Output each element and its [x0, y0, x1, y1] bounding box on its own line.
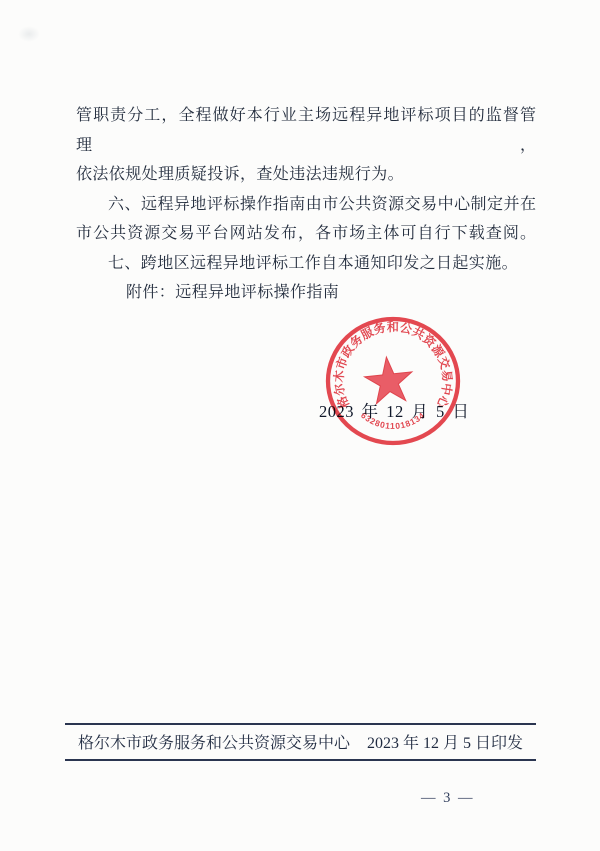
attachment-line: 附件：远程异地评标操作指南: [76, 278, 536, 308]
footer-bar: 格尔木市政务服务和公共资源交易中心 2023 年 12 月 5 日印发: [65, 723, 536, 761]
footer-print-date: 2023 年 12 月 5 日印发: [367, 730, 523, 753]
body-line-1: 管职责分工，全程做好本行业主场远程异地评标项目的监督管理，: [76, 101, 536, 160]
body-line-4: 市公共资源交易平台网站发布，各市场主体可自行下载查阅。: [76, 219, 536, 249]
page-number: — 3 —: [421, 790, 475, 807]
stamp-date: 2023 年 12 月 5 日: [319, 398, 469, 422]
document-page: 管职责分工，全程做好本行业主场远程异地评标项目的监督管理， 依法依规处理质疑投诉…: [0, 0, 600, 851]
official-seal: 格尔木市政务服务和公共资源交易中心 6328011018134: [324, 312, 474, 452]
body-line-5: 七、跨地区远程异地评标工作自本通知印发之日起实施。: [76, 249, 536, 279]
body-line-3: 六、远程异地评标操作指南由市公共资源交易中心制定并在: [76, 190, 536, 220]
body-line-2: 依法依规处理质疑投诉，查处违法违规行为。: [76, 160, 536, 190]
document-body: 管职责分工，全程做好本行业主场远程异地评标项目的监督管理， 依法依规处理质疑投诉…: [76, 101, 536, 308]
footer-issuer: 格尔木市政务服务和公共资源交易中心: [78, 730, 350, 753]
scan-smudge: [18, 26, 40, 42]
seal-graphic: 格尔木市政务服务和公共资源交易中心 6328011018134: [324, 312, 474, 452]
